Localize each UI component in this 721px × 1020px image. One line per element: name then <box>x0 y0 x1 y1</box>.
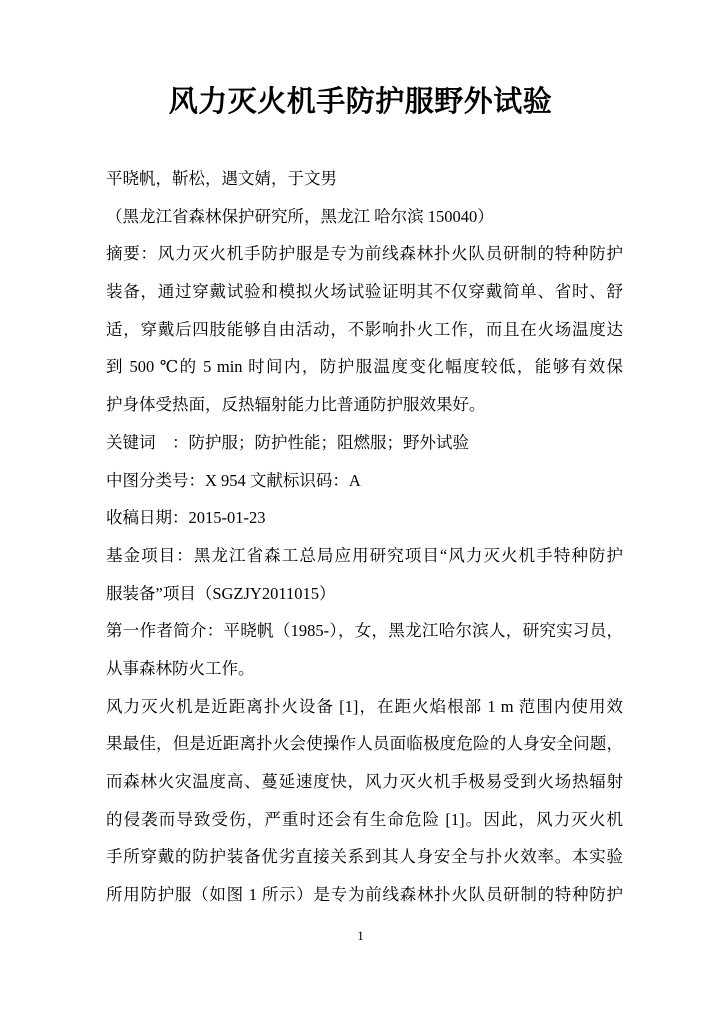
author-bio-line: 第一作者简介：平晓帆（1985-），女，黑龙江哈尔滨人，研究实习员， <box>106 612 623 650</box>
abstract-line: 到 500 ℃的 5 min 时间内，防护服温度变化幅度较低，能够有效保 <box>106 348 623 386</box>
document-title: 风力灭火机手防护服野外试验 <box>0 82 721 122</box>
abstract-line: 摘要：风力灭火机手防护服是专为前线森林扑火队员研制的特种防护 <box>106 235 623 273</box>
document-page: 风力灭火机手防护服野外试验 平晓帆，靳松，遇文婧，于文男 （黑龙江省森林保护研究… <box>0 0 721 1020</box>
affiliation-line: （黑龙江省森林保护研究所，黑龙江 哈尔滨 150040） <box>106 198 623 236</box>
body-text-line: 果最佳，但是近距离扑火会使操作人员面临极度危险的人身安全问题， <box>106 725 623 763</box>
body-text-line: 的侵袭而导致受伤，严重时还会有生命危险 [1]。因此，风力灭火机 <box>106 801 623 839</box>
document-body: 平晓帆，靳松，遇文婧，于文男 （黑龙江省森林保护研究所，黑龙江 哈尔滨 1500… <box>106 160 623 914</box>
body-text-line: 手所穿戴的防护装备优劣直接关系到其人身安全与扑火效率。本实验 <box>106 838 623 876</box>
authors-line: 平晓帆，靳松，遇文婧，于文男 <box>106 160 623 198</box>
page-number: 1 <box>0 926 721 946</box>
fund-project-line: 基金项目：黑龙江省森工总局应用研究项目“风力灭火机手特种防护 <box>106 537 623 575</box>
body-text-line: 风力灭火机是近距离扑火设备 [1]，在距火焰根部 1 m 范围内使用效 <box>106 688 623 726</box>
fund-project-line: 服装备”项目（SGZJY2011015） <box>106 575 623 613</box>
abstract-line: 装备，通过穿戴试验和模拟火场试验证明其不仅穿戴简单、省时、舒 <box>106 273 623 311</box>
keywords-line: 关键词 ：防护服；防护性能；阻燃服；野外试验 <box>106 424 623 462</box>
abstract-line: 适，穿戴后四肢能够自由活动，不影响扑火工作，而且在火场温度达 <box>106 311 623 349</box>
body-text-line: 所用防护服（如图 1 所示）是专为前线森林扑火队员研制的特种防护 <box>106 876 623 914</box>
author-bio-line: 从事森林防火工作。 <box>106 650 623 688</box>
classification-line: 中图分类号：X 954 文献标识码：A <box>106 462 623 500</box>
received-date-line: 收稿日期：2015-01-23 <box>106 499 623 537</box>
body-text-line: 而森林火灾温度高、蔓延速度快，风力灭火机手极易受到火场热辐射 <box>106 763 623 801</box>
abstract-line: 护身体受热面，反热辐射能力比普通防护服效果好。 <box>106 386 623 424</box>
